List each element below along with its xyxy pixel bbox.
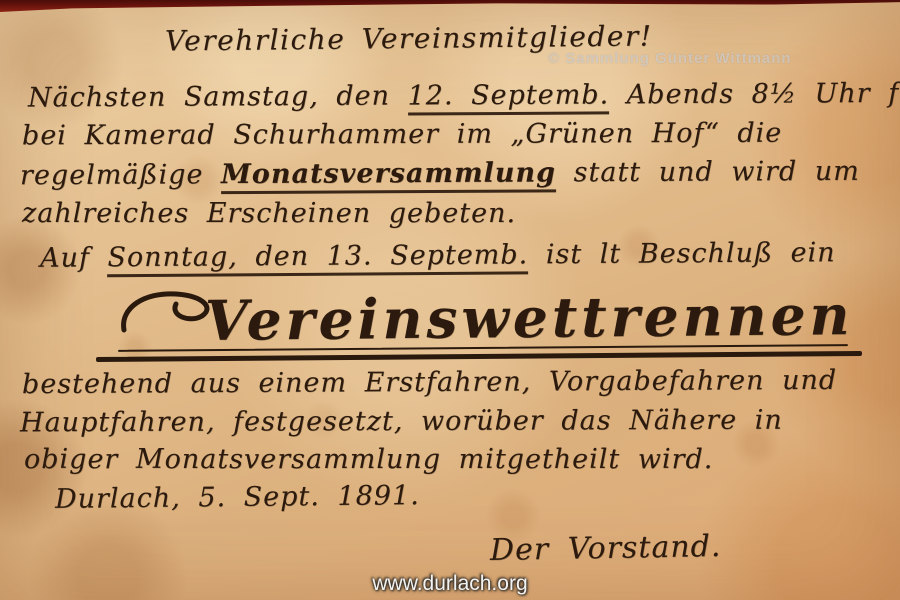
meeting-line-1-post: Abends 8½ Uhr findet: [609, 78, 900, 111]
meeting-line-2: bei Kamerad Schurhammer im „Grünen Hof“ …: [22, 118, 782, 152]
meeting-line-1-pre: Nächsten Samstag, den: [28, 80, 408, 113]
meeting-line-1: Nächsten Samstag, den 12. Septemb. Abend…: [28, 78, 900, 114]
monthly-meeting-underlined: Monatsversammlung: [221, 157, 556, 194]
salutation-line: Verehrliche Vereinsmitglieder!: [165, 19, 653, 57]
date-line: Durlach, 5. Sept. 1891.: [55, 480, 420, 515]
signature-line: Der Vorstand.: [490, 529, 722, 568]
race-date-underlined: Sonntag, den 13. Septemb.: [107, 239, 528, 277]
site-watermark: www.durlach.org: [372, 572, 527, 596]
race-announcement-line: Auf Sonntag, den 13. Septemb. ist lt Bes…: [40, 237, 836, 274]
meeting-line-3-post: statt und wird um: [556, 156, 860, 189]
race-line-post: ist lt Beschluß ein: [528, 237, 836, 270]
meeting-line-3: regelmäßige Monatsversammlung statt und …: [20, 156, 860, 191]
document-photo: © Sammlung Günter Wittmann Verehrliche V…: [0, 0, 900, 600]
race-detail-line-2: Hauptfahren, festgesetzt, worüber das Nä…: [20, 405, 783, 439]
meeting-date-underlined: 12. Septemb.: [407, 79, 609, 115]
race-detail-line-1: bestehend aus einem Erstfahren, Vorgabef…: [22, 365, 837, 400]
race-line-pre: Auf: [40, 242, 108, 273]
event-title: Vereinswettrennen: [205, 282, 854, 353]
race-detail-line-3: obiger Monatsversammlung mitgetheilt wir…: [24, 444, 713, 475]
meeting-line-4: zahlreiches Erscheinen gebeten.: [22, 198, 516, 229]
meeting-line-3-pre: regelmäßige: [20, 159, 221, 191]
